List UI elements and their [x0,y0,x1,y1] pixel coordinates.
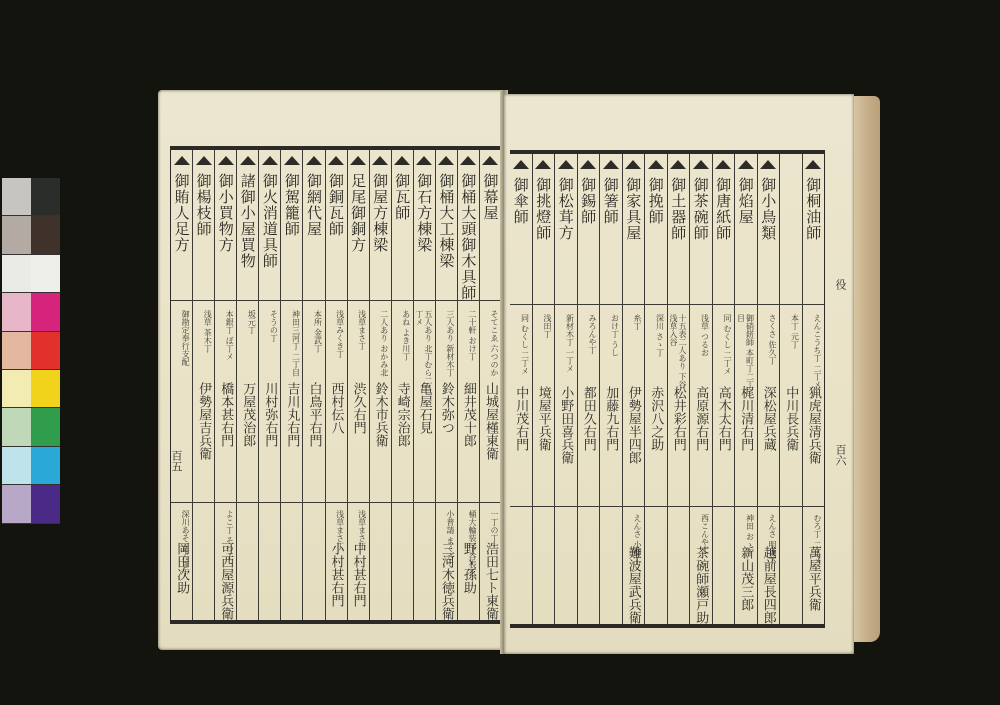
triangle-marker-icon [580,160,596,169]
tier-divider [193,502,214,503]
directory-column: 御瓦師あね よき川丁寺崎宗治郎 [391,150,413,620]
merchant-name: 伊勢屋吉兵衛 [196,382,211,492]
trade-title: 諸御小屋買物 [239,173,257,303]
triangle-marker-icon [394,156,410,165]
address: 糸丁 [633,314,642,394]
directory-column: 御桐油師えんこうち丁 二丁メ猟虎屋清兵衛むろ丁 二丁メ萬屋平兵衛 [802,154,825,624]
directory-column: 御土器師十五表二人あり 下谷浅草入谷松井彩右門 [667,154,690,624]
merchant-name: 鈴木市兵衛 [373,382,388,492]
trade-title: 足尾御銅方 [349,173,367,303]
address: 浅草まさ丁 [358,310,367,390]
tier-divider [326,502,347,503]
address: 同 むくし 二丁メ [723,314,732,394]
directory-column: 御網代屋本所 金武丁白鳥平右門 [302,150,324,620]
address: 本銀丁 ぼ丁メ [225,310,234,390]
merchant-name: 高木太右門 [716,386,731,496]
merchant-name: 赤沢八之助 [648,386,663,496]
trade-title: 御小鳥類 [759,177,777,307]
directory-column: 御駕籠師神田三河丁 二丁目吉川丸右門 [280,150,302,620]
trade-title: 御石方棟梁 [415,173,433,303]
triangle-marker-icon [482,156,498,165]
tier-divider [668,506,690,507]
open-book: 御幕屋そてこゑ 六つのか山城屋槿東衛一丁の丁浩田七ト東衛御桶大頭御木具師二十軒 … [152,90,880,658]
margin-mark: 役 [832,279,848,290]
tier-divider [458,300,479,301]
address: 本丁 元丁 [791,314,800,394]
book-fore-edge [852,96,880,642]
triangle-marker-icon [625,160,641,169]
color-swatch [31,216,60,254]
triangle-marker-icon [196,156,212,165]
trade-title: 御賄人足方 [173,173,191,303]
directory-column: 御家具屋糸丁伊勢屋半四郎えんさ 小柳丁難波屋武兵衛 [622,154,645,624]
tier-divider [690,304,712,305]
tier-divider [414,300,435,301]
color-swatch [31,255,60,293]
triangle-marker-icon [738,160,754,169]
address: 十五表二人あり 下谷浅草入谷 [669,314,687,394]
color-swatch [2,332,31,370]
merchant-name: 鈴木弥つ [439,382,454,492]
directory-column: 御松茸方新材木丁 一丁メ小野田喜兵衛 [554,154,577,624]
address: 二人あり おかみ北 [380,310,389,390]
trade-title: 御瓦師 [393,173,411,303]
color-swatch [31,485,60,523]
directory-column: 御石方棟梁五人あり 北丁むら二丁メ亀屋石見 [413,150,435,620]
tier-divider [237,502,258,503]
triangle-marker-icon [174,156,190,165]
address: えんこうち丁 二丁メ [813,314,822,394]
tier-divider [237,300,258,301]
tier-divider [668,304,690,305]
directory-column: 御桶大工棟梁三人あり 新材木丁鈴木弥つ小普請 まくさてゝ三河木徳兵衛 [435,150,457,620]
color-swatch [31,370,60,408]
color-swatch [31,293,60,331]
address: 浅草 茶木丁 [203,310,212,390]
triangle-marker-icon [670,160,686,169]
trade-title: 御幕屋 [481,173,499,303]
left-page-table: 御幕屋そてこゑ 六つのか山城屋槿東衛一丁の丁浩田七ト東衛御桶大頭御木具師二十軒 … [170,146,501,624]
color-swatch [31,408,60,446]
trade-title: 御銅瓦師 [327,173,345,303]
merchant-name: 細井茂十郎 [461,382,476,492]
address: 同 むくし 二丁メ [521,314,530,394]
address: 御硝錺師 本町丁二丁目 [737,314,755,394]
triangle-marker-icon [603,160,619,169]
directory-column: 御唐紙師同 むくし 二丁メ高木太右門 [712,154,735,624]
tier-divider [578,506,600,507]
triangle-marker-icon [262,156,278,165]
trade-title: 御焰屋 [737,177,755,307]
tier-divider [555,506,577,507]
merchant-name-secondary: 茶碗師瀬戸助 [693,546,708,626]
color-swatch [31,447,60,485]
address: 坂元丁 [247,310,256,390]
triangle-marker-icon [372,156,388,165]
right-page-table: 御桐油師えんこうち丁 二丁メ猟虎屋清兵衛むろ丁 二丁メ萬屋平兵衛本丁 元丁中川長… [510,150,825,628]
merchant-name: 万屋茂治郎 [240,382,255,492]
merchant-name: 高原源右門 [693,386,708,496]
tier-divider [259,300,280,301]
tier-divider [623,506,645,507]
trade-title: 御茶碗師 [692,177,710,307]
triangle-marker-icon [715,160,731,169]
tier-divider [510,506,532,507]
directory-column: 御傘師同 むくし 二丁メ中川茂右門 [510,154,532,624]
tier-divider [392,300,413,301]
directory-column: 御賄人足方御勘定奉行支配深川あそ あんぎ丁岡田次助 [171,150,192,620]
address: 本所 金武丁 [314,310,323,390]
triangle-marker-icon [558,160,574,169]
merchant-name-secondary: 越前屋長四郎 [761,546,776,626]
tier-divider [281,502,302,503]
tier-divider [758,506,780,507]
color-swatch [2,370,31,408]
address: 深川 さゝ丁 [656,314,665,394]
address: 新材木丁 一丁メ [566,314,575,394]
triangle-marker-icon [760,160,776,169]
merchant-name: 白鳥平右門 [306,382,321,492]
trade-title: 御錫師 [579,177,597,307]
address: 三人あり 新材木丁 [446,310,455,390]
tier-divider [533,506,555,507]
merchant-name: 川村弥右門 [262,382,277,492]
triangle-marker-icon [783,160,799,169]
tier-divider [392,502,413,503]
triangle-marker-icon [240,156,256,165]
tier-divider [758,304,780,305]
tier-divider [215,502,236,503]
trade-title: 御楊枝師 [195,173,213,303]
merchant-name: 寺崎宗治郎 [395,382,410,492]
trade-title: 御桶大頭御木具師 [459,173,477,303]
trade-title: 御桶大工棟梁 [437,173,455,303]
directory-column: 御幕屋そてこゑ 六つのか山城屋槿東衛一丁の丁浩田七ト東衛 [479,150,501,620]
triangle-marker-icon [350,156,366,165]
merchant-name-secondary: 岡田次助 [174,542,189,622]
left-folio: 百五 [168,450,184,472]
merchant-name: 西村伝八 [329,382,344,492]
merchant-name-secondary: 小村甚右門 [329,542,344,622]
color-calibration-chart [2,178,60,524]
merchant-name: 吉川丸右門 [284,382,299,492]
address: さくさ 佐久丁 [768,314,777,394]
triangle-marker-icon [218,156,234,165]
merchant-name: 梶川清右門 [738,386,753,496]
trade-title: 御家具屋 [624,177,642,307]
tier-divider [480,300,501,301]
tier-divider [436,300,457,301]
triangle-marker-icon [535,160,551,169]
directory-column: 諸御小屋買物坂元丁万屋茂治郎 [236,150,258,620]
directory-column: 御火消道具師そうの丁川村弥右門 [258,150,280,620]
tier-divider [171,300,192,301]
directory-column: 御茶碗師浅草 つるお高原源右門西こんや丁茶碗師瀬戸助 [689,154,712,624]
merchant-name: 加藤九右門 [603,386,618,496]
merchant-name: 山城屋槿東衛 [483,382,498,492]
merchant-name-secondary: 難波屋武兵衛 [626,546,641,626]
tier-divider [645,506,667,507]
tier-divider [533,304,555,305]
merchant-name: 中川長兵衛 [783,386,798,496]
address: 浅田丁 [543,314,552,394]
tier-divider [370,502,391,503]
tier-divider [803,506,825,507]
address: おけ丁 うし [611,314,620,394]
tier-divider [480,502,501,503]
directory-column: 足尾御銅方浅草まさ丁渋久右門浅草まさ丁中村甚右門 [347,150,369,620]
tier-divider [326,300,347,301]
tier-divider [510,304,532,305]
directory-column: 御焰屋御硝錺師 本町丁二丁目梶川清右門神田 おゝ丁新山茂三郎 [734,154,757,624]
address: そてこゑ 六つのか [490,310,499,390]
merchant-name: 都田久右門 [581,386,596,496]
tier-divider [303,502,324,503]
directory-column: 御屋方棟梁二人あり おかみ北鈴木市兵衛 [369,150,391,620]
left-page: 御幕屋そてこゑ 六つのか山城屋槿東衛一丁の丁浩田七ト東衛御桶大頭御木具師二十軒 … [158,90,504,650]
merchant-name-secondary: 新山茂三郎 [738,546,753,626]
merchant-name: 深松屋兵蔵 [761,386,776,496]
address: 神田三河丁 二丁目 [291,310,300,390]
tier-divider [555,304,577,305]
merchant-name: 伊勢屋半四郎 [626,386,641,496]
tier-divider [600,506,622,507]
merchant-name: 小野田喜兵衛 [558,386,573,496]
color-swatch [31,332,60,370]
directory-column: 御桶大頭御木具師二十軒 おけ丁細井茂十郎桶大輪装 下谷表丁野ゝ孫助 [457,150,479,620]
address: 浅草みくき丁 [336,310,345,390]
tier-divider [600,304,622,305]
tier-divider [690,506,712,507]
triangle-marker-icon [284,156,300,165]
merchant-name-secondary: 三河木徳兵衛 [439,542,454,622]
color-swatch [2,293,31,331]
directory-column: 御小鳥類さくさ 佐久丁深松屋兵蔵えんさ 明神下越前屋長四郎 [757,154,780,624]
trade-title: 御挽師 [647,177,665,307]
triangle-marker-icon [648,160,664,169]
color-swatch [2,255,31,293]
merchant-name-secondary: 中村甚右門 [351,542,366,622]
tier-divider [458,502,479,503]
directory-column: 御挑燈師浅田丁境屋平兵衛 [532,154,555,624]
tier-divider [713,506,735,507]
trade-title: 御挑燈師 [534,177,552,307]
tier-divider [645,304,667,305]
trade-title: 御箸師 [602,177,620,307]
tier-divider [780,506,802,507]
merchant-name: 亀屋石見 [417,382,432,492]
tier-divider [735,506,757,507]
merchant-name-secondary: 萬屋平兵衛 [806,546,821,626]
tier-divider [215,300,236,301]
merchant-name: 松井彩右門 [671,386,686,496]
tier-divider [259,502,280,503]
tier-divider [803,304,825,305]
tier-divider [414,502,435,503]
directory-column: 御銅瓦師浅草みくき丁西村伝八浅草まさ丁小村甚右門 [325,150,347,620]
merchant-name-secondary: 浩田七ト東衛 [483,542,498,622]
tier-divider [780,304,802,305]
triangle-marker-icon [306,156,322,165]
tier-divider [370,300,391,301]
directory-column: 御楊枝師浅草 茶木丁伊勢屋吉兵衛 [192,150,214,620]
triangle-marker-icon [513,160,529,169]
directory-column: 御錫師みろんや丁都田久右門 [577,154,600,624]
merchant-name: 渋久右門 [351,382,366,492]
trade-title: 御傘師 [512,177,530,307]
color-swatch [31,178,60,216]
trade-title: 御屋方棟梁 [371,173,389,303]
address: 御勘定奉行支配 [181,310,190,390]
merchant-name-secondary: 可西屋源兵衛 [218,542,233,622]
merchant-name: 境屋平兵衛 [536,386,551,496]
address: あね よき川丁 [402,310,411,390]
merchant-name: 猟虎屋清兵衛 [806,386,821,496]
color-swatch [2,178,31,216]
tier-divider [281,300,302,301]
trade-title: 御駕籠師 [283,173,301,303]
tier-divider [303,300,324,301]
triangle-marker-icon [438,156,454,165]
tier-divider [193,300,214,301]
trade-title: 御土器師 [669,177,687,307]
tier-divider [436,502,457,503]
address: 浅草 つるお [701,314,710,394]
merchant-name-secondary: 野ゝ孫助 [461,542,476,622]
tier-divider [578,304,600,305]
triangle-marker-icon [416,156,432,165]
tier-divider [735,304,757,305]
directory-column: 御小買物方本銀丁 ぼ丁メ橋本甚右門よこ丁 そつ丁可西屋源兵衛 [214,150,236,620]
trade-title: 御火消道具師 [261,173,279,303]
tier-divider [348,502,369,503]
tier-divider [171,502,192,503]
triangle-marker-icon [693,160,709,169]
triangle-marker-icon [460,156,476,165]
trade-title: 御網代屋 [305,173,323,303]
directory-column: 御挽師深川 さゝ丁赤沢八之助 [644,154,667,624]
color-swatch [2,485,31,523]
color-swatch [2,408,31,446]
triangle-marker-icon [328,156,344,165]
triangle-marker-icon [805,160,821,169]
trade-title: 御小買物方 [217,173,235,303]
trade-title: 御桐油師 [804,177,822,307]
directory-column: 本丁 元丁中川長兵衛 [779,154,802,624]
right-folio: 百六 [832,444,848,466]
merchant-name: 中川茂右門 [513,386,528,496]
tier-divider [623,304,645,305]
right-page: 御桐油師えんこうち丁 二丁メ猟虎屋清兵衛むろ丁 二丁メ萬屋平兵衛本丁 元丁中川長… [504,94,854,654]
merchant-name: 橋本甚右門 [218,382,233,492]
tier-divider [348,300,369,301]
color-swatch [2,216,31,254]
directory-column: 御箸師おけ丁 うし加藤九右門 [599,154,622,624]
address: みろんや丁 [588,314,597,394]
address: 二十軒 おけ丁 [468,310,477,390]
trade-title: 御松茸方 [557,177,575,307]
color-swatch [2,447,31,485]
address: 五人あり 北丁むら二丁メ [415,310,433,390]
tier-divider [713,304,735,305]
trade-title: 御唐紙師 [714,177,732,307]
address: そうの丁 [269,310,278,390]
